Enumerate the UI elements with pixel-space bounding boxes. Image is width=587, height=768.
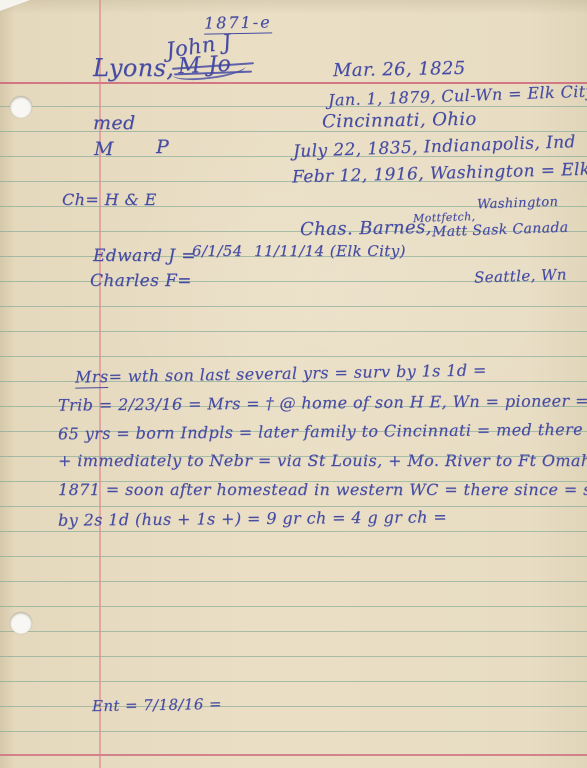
- marriage-place: Cincinnati, Ohio: [322, 109, 477, 133]
- bottom-red-rule: [0, 754, 587, 756]
- birth-date: Mar. 26, 1825: [333, 58, 466, 81]
- child-edward-birth: 6/1/54: [192, 242, 243, 260]
- surname: Lyons,: [93, 54, 174, 82]
- notes-line-5: 1871 = soon after homestead in western W…: [58, 480, 587, 499]
- married-label: med: [93, 112, 136, 134]
- seattle-note: Seattle, Wn: [474, 265, 567, 286]
- notes-line-6: by 2s 1d (hus + 1s +) = 9 gr ch = 4 g gr…: [58, 507, 447, 529]
- p-label: P: [156, 136, 169, 158]
- child-charles-name: Charles F=: [90, 271, 192, 291]
- scan-shadow: [0, 0, 587, 14]
- notes-line-4: + immediately to Nebr = via St Louis, + …: [58, 451, 587, 470]
- entry-date: Ent = 7/18/16 =: [92, 695, 222, 715]
- children-label: Ch= H & E: [62, 190, 157, 209]
- informant-name: Chas. Barnes,: [300, 217, 432, 240]
- washington-note: Washington: [477, 195, 559, 213]
- child-edward-name: Edward J =: [93, 246, 196, 266]
- top-red-rule: [0, 82, 587, 84]
- scanned-ledger-page: 1871-e John J Lyons, M Jo med M P Ch= H …: [0, 0, 587, 768]
- child-edward-death: 11/11/14 (Elk City): [254, 242, 406, 260]
- punch-hole-top: [10, 96, 32, 118]
- mrs-underlined: Mrs: [75, 367, 109, 389]
- m-label: M: [94, 138, 114, 160]
- punch-hole-bottom: [10, 612, 32, 634]
